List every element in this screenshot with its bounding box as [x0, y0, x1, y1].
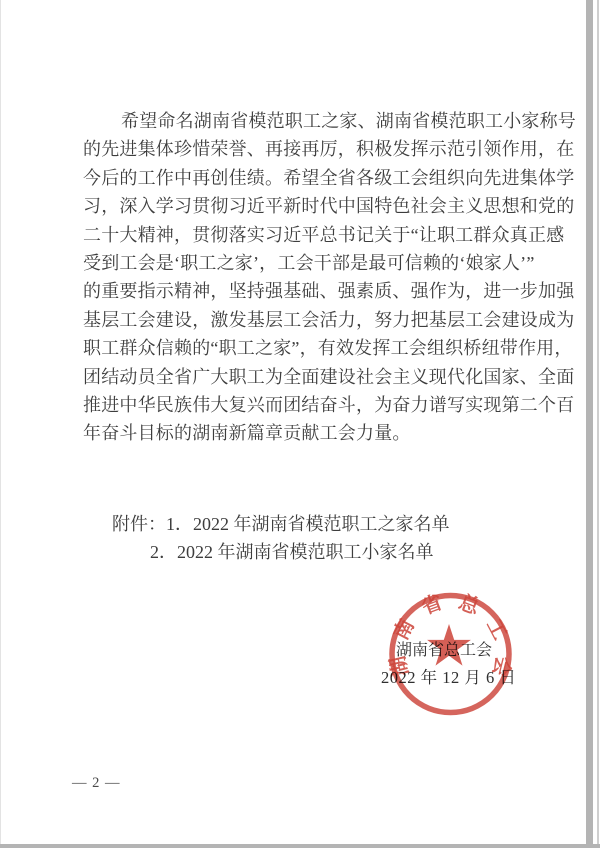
body-line: 希望命名湖南省模范职工之家、湖南省模范职工小家称号 [83, 107, 520, 135]
attachment-line-2: 2．2022 年湖南省模范职工小家名单 [150, 538, 434, 566]
body-line: 的重要指示精神，坚持强基础、强素质、强作为，进一步加强 [83, 277, 520, 305]
scanned-document-page: 希望命名湖南省模范职工之家、湖南省模范职工小家称号 的先进集体珍惜荣誉、再接再厉… [0, 0, 600, 848]
body-line: 年奋斗目标的湖南新篇章贡献工会力量。 [83, 419, 520, 447]
scan-edge-bottom [0, 844, 600, 848]
body-line: 推进中华民族伟大复兴而团结奋斗，为奋力谱写实现第二个百 [83, 391, 520, 419]
body-line: 团结动员全省广大职工为全面建设社会主义现代化国家、全面 [83, 363, 520, 391]
body-line: 今后的工作中再创佳绩。希望全省各级工会组织向先进集体学 [83, 164, 520, 192]
official-seal: 湖南省总工会 [375, 580, 525, 730]
body-line: 习，深入学习贯彻习近平新时代中国特色社会主义思想和党的 [83, 192, 520, 220]
body-line: 受到工会是‘职工之家’，工会干部是最可信赖的‘娘家人’” [83, 249, 520, 277]
scan-edge-right [586, 0, 593, 848]
star-icon [427, 624, 471, 666]
attachment-line-1: 附件：1．2022 年湖南省模范职工之家名单 [112, 510, 450, 538]
page-number: — 2 — [72, 775, 121, 791]
body-line: 二十大精神，贯彻落实习近平总书记关于“让职工群众真正感 [83, 221, 520, 249]
body-line: 的先进集体珍惜荣誉、再接再厉，积极发挥示范引领作用，在 [83, 135, 520, 163]
document-body: 希望命名湖南省模范职工之家、湖南省模范职工小家称号 的先进集体珍惜荣誉、再接再厉… [83, 107, 520, 448]
scan-edge-right-outer [597, 0, 599, 848]
body-line: 基层工会建设，激发基层工会活力，努力把基层工会建设成为 [83, 306, 520, 334]
body-line: 职工群众信赖的“职工之家”，有效发挥工会组织桥纽带作用， [83, 334, 520, 362]
scan-edge-left [0, 0, 1, 848]
